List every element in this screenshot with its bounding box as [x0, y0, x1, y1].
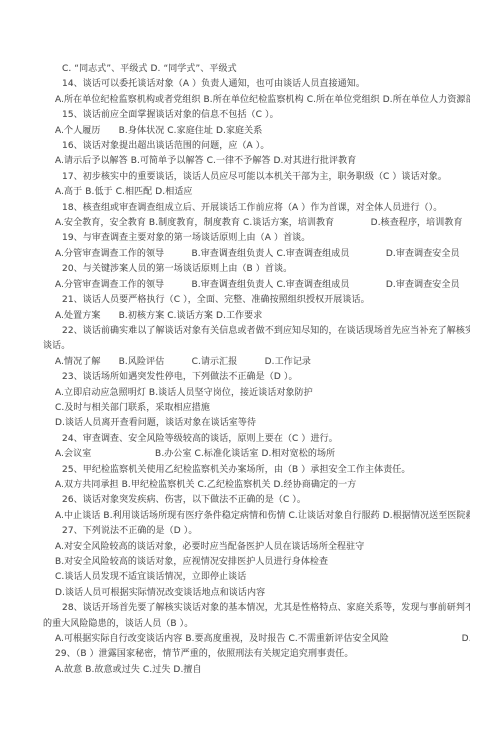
- document-line: A.可根据实际自行改变谈话内容 B.要高度重视，及时报告 C.不需重新评估安全风…: [43, 632, 470, 647]
- document-line: A.故意 B.故意或过失 C.过失 D.擅自: [43, 663, 470, 678]
- document-line: A.个人履历 B.身体状况 C.家庭住址 D.家庭关系: [43, 124, 470, 139]
- document-line: 27、下列说法不正确的是（D ）。: [43, 524, 470, 539]
- document-line: B.对安全风险较高的谈话对象，应视情况安排医护人员进行身体检查: [43, 555, 470, 570]
- document-line: 28、谈话开场首先要了解核实谈话对象的基本情况，尤其是性格特点、家庭关系等，发现…: [43, 601, 470, 616]
- document-line: A.情况了解 B.风险评估 C.请示汇报 D.工作记录: [43, 355, 470, 370]
- document-line: 24、审查调查、安全风险等级较高的谈话，原则上要在（C ）进行。: [43, 432, 470, 447]
- document-line: 16、谈话对象提出超出谈话范围的问题，应（A ）。: [43, 139, 470, 154]
- document-line: A.处置方案 B.初核方案 C.谈话方案 D.工作要求: [43, 309, 470, 324]
- document-line: A.请示后予以解答 B.可简单予以解答 C.一律不予解答 D.对其进行批评教育: [43, 154, 470, 169]
- document-line: 的重大风险隐患的，谈话人员（B ）。: [43, 617, 470, 632]
- document-line: 14、谈话可以委托谈话对象（A ）负责人通知，也可由谈话人员直接通知。: [43, 77, 470, 92]
- document-line: 18、核查组或审查调查组成立后、开展谈话工作前应将（A ）作为首课，对全体人员进…: [43, 201, 470, 216]
- document-line: A.会议室 B.办公室 C.标准化谈话室 D.相对宽松的场所: [43, 447, 470, 462]
- document-line: A.分管审查调查工作的领导 B.审查调查组负责人 C.审查调查组成员 D.审查调…: [43, 247, 470, 262]
- document-line: C.及时与相关部门联系，采取相应措施: [43, 401, 470, 416]
- document-line: A.立即启动应急照明灯 B.谈话人员坚守岗位，接近谈话对象防护: [43, 386, 470, 401]
- document-line: C.谈话人员发现不适宜谈话情况，立即停止谈话: [43, 570, 470, 585]
- document-line: 25、甲纪检监察机关使用乙纪检监察机关办案场所，由（B ）承担安全工作主体责任。: [43, 463, 470, 478]
- document-line: A.所在单位纪检监察机构或者党组织 B.所在单位纪检监察机构 C.所在单位党组织…: [43, 93, 470, 108]
- document-line: A.安全教育，安全教育 B.制度教育，制度教育 C.谈话方案，培训教育 D.核查…: [43, 216, 470, 231]
- document-line: A.双方共同承担 B.甲纪检监察机关 C.乙纪检监察机关 D.经协商确定的一方: [43, 478, 470, 493]
- document-line: 29、（B ）泄露国家秘密，情节严重的，依照刑法有关规定追究刑事责任。: [43, 647, 470, 662]
- document-line: C. “同志式”、平级式 D. “同学式”、平级式: [43, 62, 470, 77]
- document-line: 17、初步核实中的重要谈话，谈话人员应尽可能以本机关干部为主，职务职级（C ）谈…: [43, 170, 470, 185]
- document-line: 21、谈话人员要严格执行（C ），全面、完整、准确按照组织授权开展谈话。: [43, 293, 470, 308]
- document-line: 15、谈话前应全面掌握谈话对象的信息不包括（C ）。: [43, 108, 470, 123]
- document-line: A.对安全风险较高的谈话对象，必要时应当配备医护人员在谈话场所全程驻守: [43, 540, 470, 555]
- document-line: A.分管审查调查工作的领导 B.审查调查组负责人 C.审查调查组成员 D.审查调…: [43, 278, 470, 293]
- document-line: 谈话。: [43, 339, 470, 354]
- document-line: 22、谈话前确实难以了解谈话对象有关信息或者做不到应知尽知的，在谈话现场首先应当…: [43, 324, 470, 339]
- document-line: 20、与关键涉案人员的第一场谈话原则上由（B ）首谈。: [43, 262, 470, 277]
- document-line: 19、与审查调查主要对象的第一场谈话原则上由（A ）首谈。: [43, 231, 470, 246]
- question-list: C. “同志式”、平级式 D. “同学式”、平级式14、谈话可以委托谈话对象（A…: [0, 62, 500, 678]
- document-line: 26、谈话对象突发疾病、伤害，以下做法不正确的是（C ）。: [43, 493, 470, 508]
- document-line: 23、谈话场所如遇突发性停电，下列做法不正确是（D ）。: [43, 370, 470, 385]
- document-line: A.中止谈话 B.利用谈话场所现有医疗条件稳定病情和伤情 C.让谈话对象自行服药…: [43, 509, 470, 524]
- document-line: D.谈话人员可根据实际情况改变谈话地点和谈话内容: [43, 586, 470, 601]
- document-line: D.谈话人员离开查看问题，谈话对象在谈话室等待: [43, 416, 470, 431]
- document-line: A.高于 B.低于 C.相匹配 D.相适应: [43, 185, 470, 200]
- document-page: C. “同志式”、平级式 D. “同学式”、平级式14、谈话可以委托谈话对象（A…: [0, 0, 500, 738]
